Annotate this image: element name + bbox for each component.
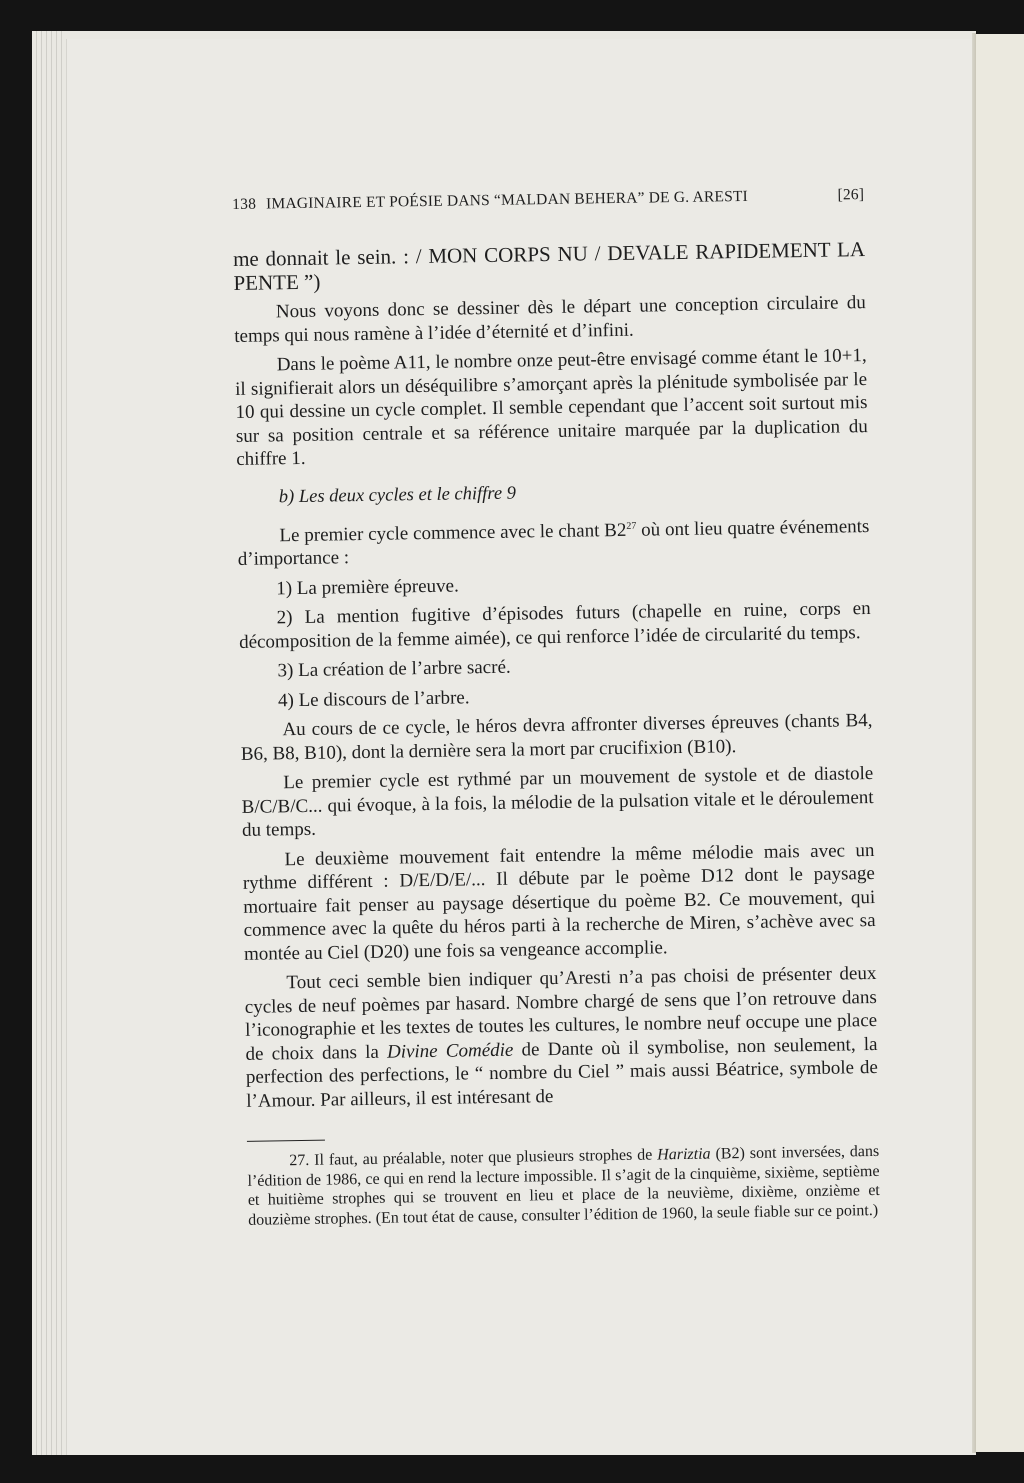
- section-heading: b) Les deux cycles et le chiffre 9: [279, 478, 869, 508]
- book-title: Divine Comédie: [387, 1039, 514, 1062]
- page-edge: [56, 31, 57, 1455]
- paragraph: Le premier cycle est rythmé par un mouve…: [241, 762, 874, 842]
- paragraph: Tout ceci semble bien indiquer qu’Aresti…: [244, 962, 878, 1113]
- facing-page-edge: [976, 34, 1024, 1452]
- running-head: 138 IMAGINAIRE ET POÉSIE DANS “MALDAN BE…: [232, 186, 864, 214]
- page-edge: [51, 31, 52, 1455]
- footnote-27: 27. Il faut, au préalable, noter que plu…: [247, 1142, 880, 1230]
- list-item: 4) Le discours de l’arbre.: [240, 680, 872, 713]
- section-ref: [26]: [837, 186, 864, 204]
- list-item: 3) La création de l’arbre sacré.: [239, 650, 871, 683]
- list-item: 1) La première épreuve.: [238, 568, 870, 601]
- paragraph: Le premier cycle commence avec le chant …: [237, 515, 870, 572]
- text: Le premier cycle commence avec le chant …: [279, 519, 626, 545]
- page-edge: [41, 31, 42, 1455]
- list-item: 2) La mention fugitive d’épisodes futurs…: [239, 597, 872, 654]
- page-edge: [61, 31, 62, 1455]
- page-content: 138 IMAGINAIRE ET POÉSIE DANS “MALDAN BE…: [232, 180, 880, 1230]
- page-edge: [46, 31, 47, 1455]
- paragraph: Dans le poème A11, le nombre onze peut-ê…: [235, 344, 869, 471]
- quote-continuation: me donnait le sein. : / MON CORPS NU / D…: [233, 238, 866, 295]
- running-title: IMAGINAIRE ET POÉSIE DANS “MALDAN BEHERA…: [266, 186, 838, 213]
- paragraph: Au cours de ce cycle, le héros devra aff…: [240, 709, 873, 766]
- page-number: 138: [232, 196, 256, 214]
- page-edge: [36, 31, 37, 1455]
- poem-title: Hariztia: [657, 1146, 711, 1164]
- footnote-ref[interactable]: 27: [626, 520, 636, 531]
- footnote-rule: [247, 1140, 325, 1142]
- paragraph: Le deuxième mouvement fait entendre la m…: [242, 838, 876, 965]
- paragraph: Nous voyons donc se dessiner dès le dépa…: [234, 291, 867, 348]
